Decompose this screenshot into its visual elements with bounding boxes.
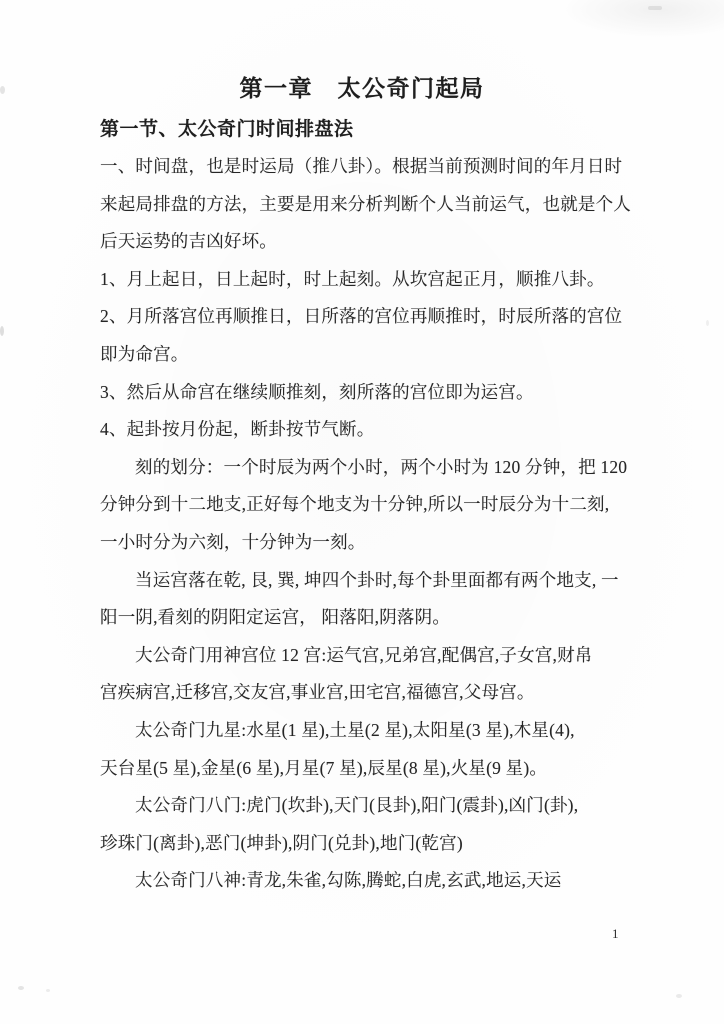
text-line: 后天运势的吉凶好坏。 [100, 223, 628, 261]
text-line: 一、时间盘，也是时运局（推八卦）。根据当前预测时间的年月日时 [100, 148, 628, 186]
text-line: 宫疾病宫,迁移宫,交友宫,事业宫,田宅宫,福德宫,父母宫。 [100, 674, 628, 712]
text-line: 太公奇门八门:虎门(坎卦),天门(艮卦),阳门(震卦),凶门(卦), [100, 787, 628, 825]
scan-artifact [0, 326, 4, 336]
text-line: 一小时分为六刻，十分钟为一刻。 [100, 524, 628, 562]
text-line: 刻的划分：一个时辰为两个小时，两个小时为 120 分钟，把 120 [100, 449, 628, 487]
scan-artifact [648, 6, 662, 10]
text-line: 阳一阴,看刻的阴阳定运宫， 阳落阳,阴落阴。 [100, 599, 628, 637]
chapter-title: 第一章 太公奇门起局 [0, 70, 724, 103]
text-line: 4、起卦按月份起，断卦按节气断。 [100, 411, 628, 449]
body-text: 一、时间盘，也是时运局（推八卦）。根据当前预测时间的年月日时 来起局排盘的方法，… [100, 148, 628, 900]
text-line: 3、然后从命宫在继续顺推刻，刻所落的宫位即为运宫。 [100, 374, 628, 412]
text-line: 来起局排盘的方法，主要是用来分析判断个人当前运气，也就是个人 [100, 186, 628, 224]
text-line: 即为命宫。 [100, 336, 628, 374]
scan-artifact [46, 989, 50, 992]
text-line: 当运宫落在乾, 艮, 巽, 坤四个卦时,每个卦里面都有两个地支, 一 [100, 562, 628, 600]
scan-artifact [18, 986, 24, 990]
text-line: 天台星(5 星),金星(6 星),月星(7 星),辰星(8 星),火星(9 星)… [100, 750, 628, 788]
text-line: 1、月上起日，日上起时，时上起刻。从坎宫起正月，顺推八卦。 [100, 261, 628, 299]
scanned-document-page: 第一章 太公奇门起局 第一节、太公奇门时间排盘法 一、时间盘，也是时运局（推八卦… [0, 0, 724, 1024]
text-line: 太公奇门九星:水星(1 星),土星(2 星),太阳星(3 星),木星(4), [100, 712, 628, 750]
page-number: 1 [612, 926, 619, 942]
scan-artifact [676, 994, 682, 998]
text-line: 2、月所落宫位再顺推日，日所落的宫位再顺推时，时辰所落的宫位 [100, 298, 628, 336]
text-line: 分钟分到十二地支,正好每个地支为十分钟,所以一时辰分为十二刻, [100, 486, 628, 524]
text-line: 珍珠门(离卦),恶门(坤卦),阴门(兑卦),地门(乾宫) [100, 825, 628, 863]
text-line: 太公奇门八神:青龙,朱雀,勾陈,腾蛇,白虎,玄武,地运,天运 [100, 862, 628, 900]
section-heading: 第一节、太公奇门时间排盘法 [100, 114, 354, 141]
scan-artifact [706, 320, 709, 326]
text-line: 大公奇门用神宫位 12 宫:运气宫,兄弟宫,配偶宫,子女宫,财帛 [100, 637, 628, 675]
